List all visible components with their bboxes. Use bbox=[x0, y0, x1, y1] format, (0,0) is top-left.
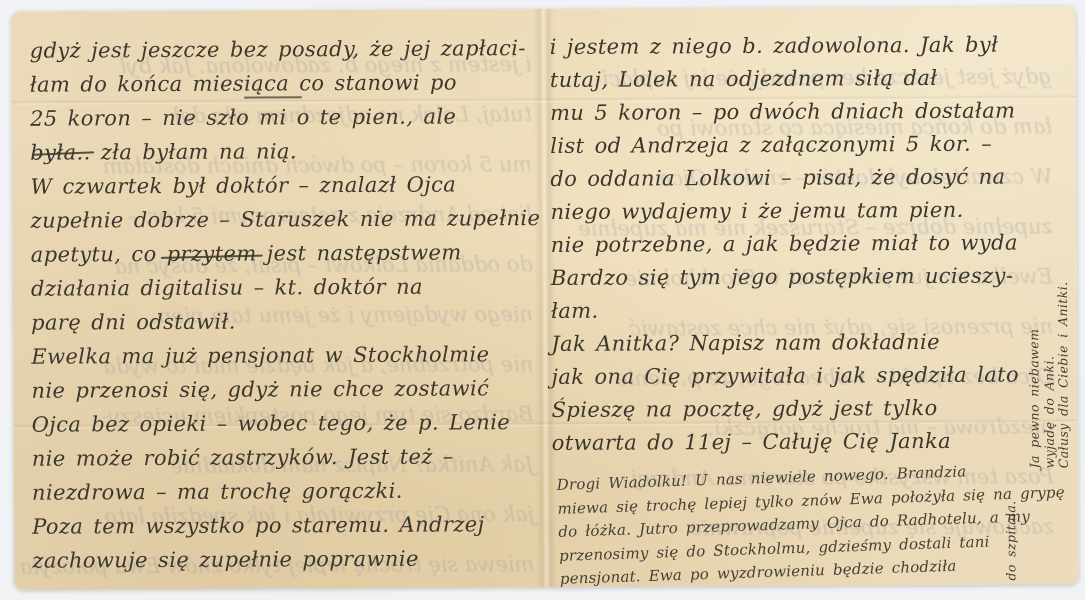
handwriting-line: nie potrzebne, a jak będzie miał to wyda bbox=[551, 226, 1051, 262]
handwriting-line: Ojca bez opieki – wobec tego, że p. Leni… bbox=[32, 405, 534, 442]
margin-note-continuation: do szpitala. bbox=[1004, 463, 1019, 581]
handwriting-line: Śpieszę na pocztę, gdyż jest tylko bbox=[552, 391, 1052, 427]
handwriting-line: była.. zła byłam na nią. bbox=[30, 133, 532, 170]
letter-scan: i jestem z niego b. zadowolona. Jak był … bbox=[0, 0, 1085, 600]
handwriting-line: niezdrowa – ma trochę gorączki. bbox=[32, 473, 534, 510]
handwriting-line: 25 koron – nie szło mi o te pien., ale bbox=[30, 99, 532, 136]
handwriting-line: zachowuje się zupełnie poprawnie bbox=[32, 541, 534, 578]
handwriting-line: jak ona Cię przywitała i jak spędziła la… bbox=[551, 358, 1051, 394]
handwriting-line: Jak Anitka? Napisz nam dokładnie bbox=[551, 325, 1051, 361]
handwriting-line: parę dni odstawił. bbox=[31, 303, 533, 340]
handwriting-line: Poza tem wszystko po staremu. Andrzej bbox=[32, 507, 534, 544]
handwriting-line: mu 5 koron – po dwóch dniach dostałam bbox=[550, 94, 1050, 130]
handwriting-line: Ja pewno niebawem bbox=[1027, 290, 1042, 468]
handwriting-line: nie może robić zastrzyków. Jest też – bbox=[32, 439, 534, 476]
handwriting-line: i jestem z niego b. zadowolona. Jak był bbox=[550, 28, 1050, 64]
handwriting-line: gdyż jest jeszcze bez posady, że jej zap… bbox=[30, 31, 532, 68]
handwriting-line: do szpitala. bbox=[1004, 463, 1019, 581]
handwriting-line: łam. bbox=[551, 292, 1051, 328]
handwriting-line: Bardzo się tym jego postępkiem ucieszy- bbox=[551, 259, 1051, 295]
handwriting-line: W czwartek był doktór – znalazł Ojca bbox=[30, 167, 532, 204]
handwriting-line: Całusy dla Ciebie i Anitki. bbox=[1056, 290, 1071, 468]
handwriting-line: działania digitalisu – kt. doktór na bbox=[31, 269, 533, 306]
postscript-text: Drogi Wiadolku! U nas niewiele nowego. B… bbox=[556, 457, 1060, 589]
margin-note-vertical: Ja pewno niebawem wyjadę do Anki. Całusy… bbox=[1027, 290, 1071, 468]
handwriting-line: tutaj, Lolek na odjezdnem siłą dał bbox=[550, 61, 1050, 97]
handwriting-line: apetytu, co przytem jest następstwem bbox=[31, 235, 533, 272]
handwriting-line: Ewelka ma już pensjonat w Stockholmie bbox=[31, 337, 533, 374]
letter-sheet: i jestem z niego b. zadowolona. Jak był … bbox=[11, 6, 1078, 590]
handwriting-line: zupełnie dobrze – Staruszek nie ma zupeł… bbox=[30, 201, 532, 238]
right-page-text: i jestem z niego b. zadowolona. Jak był … bbox=[550, 28, 1052, 460]
handwriting-line: do oddania Lolkowi – pisał, że dosyć na bbox=[550, 160, 1050, 196]
handwriting-line: niego wydajemy i że jemu tam pien. bbox=[550, 193, 1050, 229]
handwriting-line: nie przenosi się, gdyż nie chce zostawić bbox=[31, 371, 533, 408]
handwriting-line: list od Andrzeja z załączonymi 5 kor. – bbox=[550, 127, 1050, 163]
underline-mark bbox=[244, 96, 302, 98]
handwriting-line: otwarta do 11ej – Całuję Cię Janka bbox=[552, 424, 1052, 460]
left-page-text: gdyż jest jeszcze bez posady, że jej zap… bbox=[30, 31, 535, 578]
